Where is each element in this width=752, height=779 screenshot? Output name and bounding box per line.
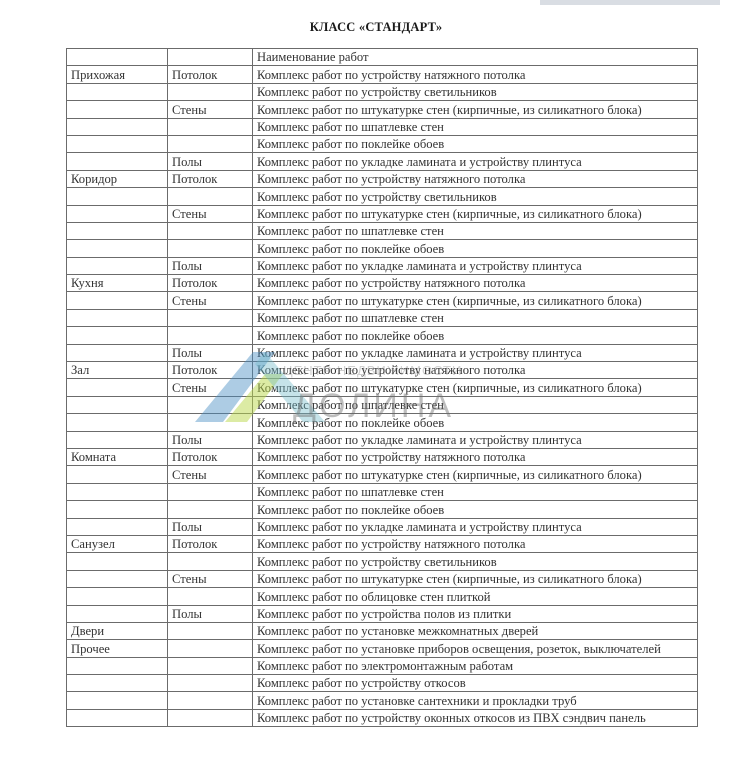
table-row: ПолыКомплекс работ по укладке ламината и… xyxy=(67,431,698,448)
header-room xyxy=(67,49,168,66)
cell-room xyxy=(67,118,168,135)
table-row: ДвериКомплекс работ по установке межкомн… xyxy=(67,622,698,639)
cell-part xyxy=(168,327,253,344)
table-row: Комплекс работ по устройству оконных отк… xyxy=(67,709,698,726)
table-row: Комплекс работ по шпатлевке стен xyxy=(67,309,698,326)
table-row: СтеныКомплекс работ по штукатурке стен (… xyxy=(67,466,698,483)
cell-work: Комплекс работ по установке межкомнатных… xyxy=(253,622,698,639)
table-row: СтеныКомплекс работ по штукатурке стен (… xyxy=(67,570,698,587)
cell-part xyxy=(168,222,253,239)
cell-room xyxy=(67,570,168,587)
cell-part: Потолок xyxy=(168,362,253,379)
cell-room xyxy=(67,692,168,709)
table-row: СтеныКомплекс работ по штукатурке стен (… xyxy=(67,379,698,396)
cell-room: Санузел xyxy=(67,535,168,552)
cell-work: Комплекс работ по штукатурке стен (кирпи… xyxy=(253,570,698,587)
cell-room xyxy=(67,309,168,326)
cell-work: Комплекс работ по устройству натяжного п… xyxy=(253,66,698,83)
cell-work: Комплекс работ по устройству оконных отк… xyxy=(253,709,698,726)
cell-part xyxy=(168,622,253,639)
cell-room xyxy=(67,292,168,309)
cell-room xyxy=(67,379,168,396)
table-row: ПолыКомплекс работ по укладке ламината и… xyxy=(67,153,698,170)
cell-room xyxy=(67,83,168,100)
cell-part: Полы xyxy=(168,518,253,535)
table-row: Комплекс работ по поклейке обоев xyxy=(67,240,698,257)
table-body: ПрихожаяПотолокКомплекс работ по устройс… xyxy=(67,66,698,727)
cell-room xyxy=(67,588,168,605)
cell-part: Потолок xyxy=(168,448,253,465)
table-row: Комплекс работ по поклейке обоев xyxy=(67,501,698,518)
table-row: Комплекс работ по устройству светильнико… xyxy=(67,83,698,100)
table-row: ПолыКомплекс работ по устройства полов и… xyxy=(67,605,698,622)
cell-part xyxy=(168,83,253,100)
table-row: ПолыКомплекс работ по укладке ламината и… xyxy=(67,518,698,535)
cell-room xyxy=(67,135,168,152)
cell-room xyxy=(67,327,168,344)
cell-room xyxy=(67,675,168,692)
header-part xyxy=(168,49,253,66)
cell-part: Потолок xyxy=(168,170,253,187)
cell-work: Комплекс работ по установке приборов осв… xyxy=(253,640,698,657)
cell-part xyxy=(168,588,253,605)
cell-part xyxy=(168,553,253,570)
cell-work: Комплекс работ по устройству натяжного п… xyxy=(253,535,698,552)
cell-work: Комплекс работ по устройству светильнико… xyxy=(253,553,698,570)
cell-part: Полы xyxy=(168,153,253,170)
cell-room xyxy=(67,466,168,483)
cell-work: Комплекс работ по штукатурке стен (кирпи… xyxy=(253,205,698,222)
cell-room xyxy=(67,501,168,518)
header-work-name: Наименование работ xyxy=(253,49,698,66)
cell-work: Комплекс работ по устройству светильнико… xyxy=(253,83,698,100)
cell-part xyxy=(168,240,253,257)
cell-room xyxy=(67,222,168,239)
cell-room xyxy=(67,240,168,257)
cell-part xyxy=(168,640,253,657)
cell-room xyxy=(67,396,168,413)
cell-part xyxy=(168,483,253,500)
cell-room xyxy=(67,153,168,170)
cell-part xyxy=(168,396,253,413)
cell-room: Комната xyxy=(67,448,168,465)
table-row: СанузелПотолокКомплекс работ по устройст… xyxy=(67,535,698,552)
cell-work: Комплекс работ по устройству натяжного п… xyxy=(253,275,698,292)
cell-room xyxy=(67,205,168,222)
cell-work: Комплекс работ по укладке ламината и уст… xyxy=(253,153,698,170)
cell-part: Потолок xyxy=(168,275,253,292)
cell-part xyxy=(168,657,253,674)
cell-room xyxy=(67,414,168,431)
cell-work: Комплекс работ по шпатлевке стен xyxy=(253,309,698,326)
cell-room: Коридор xyxy=(67,170,168,187)
table-row: ПрихожаяПотолокКомплекс работ по устройс… xyxy=(67,66,698,83)
table-row: ПрочееКомплекс работ по установке прибор… xyxy=(67,640,698,657)
table-row: Комплекс работ по шпатлевке стен xyxy=(67,222,698,239)
table-row: Комплекс работ по облицовке стен плиткой xyxy=(67,588,698,605)
cell-work: Комплекс работ по устройству натяжного п… xyxy=(253,362,698,379)
cell-room: Кухня xyxy=(67,275,168,292)
cell-work: Комплекс работ по поклейке обоев xyxy=(253,240,698,257)
cell-part: Полы xyxy=(168,344,253,361)
cell-room xyxy=(67,344,168,361)
cell-work: Комплекс работ по устройству светильнико… xyxy=(253,188,698,205)
cell-room: Прочее xyxy=(67,640,168,657)
cell-work: Комплекс работ по укладке ламината и уст… xyxy=(253,344,698,361)
table-row: СтеныКомплекс работ по штукатурке стен (… xyxy=(67,205,698,222)
cell-work: Комплекс работ по шпатлевке стен xyxy=(253,222,698,239)
table-row: Комплекс работ по поклейке обоев xyxy=(67,135,698,152)
cell-work: Комплекс работ по устройству откосов xyxy=(253,675,698,692)
cell-part xyxy=(168,501,253,518)
cell-part xyxy=(168,709,253,726)
cell-part xyxy=(168,692,253,709)
table-row: ПолыКомплекс работ по укладке ламината и… xyxy=(67,344,698,361)
cell-work: Комплекс работ по укладке ламината и уст… xyxy=(253,431,698,448)
cell-room xyxy=(67,657,168,674)
cell-part: Потолок xyxy=(168,535,253,552)
cell-work: Комплекс работ по устройству натяжного п… xyxy=(253,448,698,465)
cell-room xyxy=(67,553,168,570)
cell-part xyxy=(168,118,253,135)
cell-work: Комплекс работ по штукатурке стен (кирпи… xyxy=(253,101,698,118)
cell-work: Комплекс работ по поклейке обоев xyxy=(253,501,698,518)
table-header-row: Наименование работ xyxy=(67,49,698,66)
scan-edge-artifact xyxy=(540,0,720,5)
cell-work: Комплекс работ по электромонтажным работ… xyxy=(253,657,698,674)
cell-room xyxy=(67,431,168,448)
cell-part xyxy=(168,188,253,205)
table-row: Комплекс работ по электромонтажным работ… xyxy=(67,657,698,674)
cell-work: Комплекс работ по облицовке стен плиткой xyxy=(253,588,698,605)
cell-part xyxy=(168,675,253,692)
table-row: ПолыКомплекс работ по укладке ламината и… xyxy=(67,257,698,274)
cell-part: Полы xyxy=(168,431,253,448)
cell-room xyxy=(67,188,168,205)
table-row: СтеныКомплекс работ по штукатурке стен (… xyxy=(67,101,698,118)
cell-room: Прихожая xyxy=(67,66,168,83)
cell-part xyxy=(168,309,253,326)
table-row: Комплекс работ по установке сантехники и… xyxy=(67,692,698,709)
table-row: КухняПотолокКомплекс работ по устройству… xyxy=(67,275,698,292)
cell-work: Комплекс работ по поклейке обоев xyxy=(253,327,698,344)
table-row: Комплекс работ по устройству откосов xyxy=(67,675,698,692)
cell-work: Комплекс работ по штукатурке стен (кирпи… xyxy=(253,292,698,309)
cell-work: Комплекс работ по устройства полов из пл… xyxy=(253,605,698,622)
cell-room xyxy=(67,518,168,535)
cell-part: Полы xyxy=(168,605,253,622)
cell-part: Стены xyxy=(168,466,253,483)
table-row: ЗалПотолокКомплекс работ по устройству н… xyxy=(67,362,698,379)
cell-work: Комплекс работ по укладке ламината и уст… xyxy=(253,257,698,274)
table-row: Комплекс работ по шпатлевке стен xyxy=(67,483,698,500)
cell-work: Комплекс работ по укладке ламината и уст… xyxy=(253,518,698,535)
cell-work: Комплекс работ по поклейке обоев xyxy=(253,135,698,152)
cell-room xyxy=(67,483,168,500)
cell-part: Стены xyxy=(168,101,253,118)
table-row: Комплекс работ по шпатлевке стен xyxy=(67,118,698,135)
cell-work: Комплекс работ по шпатлевке стен xyxy=(253,396,698,413)
works-table: Наименование работ ПрихожаяПотолокКомпле… xyxy=(66,48,698,727)
table-row: Комплекс работ по шпатлевке стен xyxy=(67,396,698,413)
cell-part: Стены xyxy=(168,379,253,396)
page-title: КЛАСС «СТАНДАРТ» xyxy=(0,20,752,35)
cell-work: Комплекс работ по шпатлевке стен xyxy=(253,118,698,135)
cell-work: Комплекс работ по шпатлевке стен xyxy=(253,483,698,500)
cell-room: Двери xyxy=(67,622,168,639)
table-row: КоридорПотолокКомплекс работ по устройст… xyxy=(67,170,698,187)
cell-part: Полы xyxy=(168,257,253,274)
cell-part: Потолок xyxy=(168,66,253,83)
cell-part xyxy=(168,135,253,152)
cell-work: Комплекс работ по устройству натяжного п… xyxy=(253,170,698,187)
cell-part: Стены xyxy=(168,292,253,309)
cell-room xyxy=(67,257,168,274)
cell-room: Зал xyxy=(67,362,168,379)
cell-part xyxy=(168,414,253,431)
table-row: Комплекс работ по поклейке обоев xyxy=(67,327,698,344)
cell-part: Стены xyxy=(168,205,253,222)
table-row: Комплекс работ по устройству светильнико… xyxy=(67,553,698,570)
table-row: КомнатаПотолокКомплекс работ по устройст… xyxy=(67,448,698,465)
cell-work: Комплекс работ по штукатурке стен (кирпи… xyxy=(253,466,698,483)
table-row: Комплекс работ по устройству светильнико… xyxy=(67,188,698,205)
cell-work: Комплекс работ по установке сантехники и… xyxy=(253,692,698,709)
cell-part: Стены xyxy=(168,570,253,587)
table-row: Комплекс работ по поклейке обоев xyxy=(67,414,698,431)
cell-work: Комплекс работ по поклейке обоев xyxy=(253,414,698,431)
cell-room xyxy=(67,101,168,118)
table-row: СтеныКомплекс работ по штукатурке стен (… xyxy=(67,292,698,309)
cell-room xyxy=(67,709,168,726)
cell-room xyxy=(67,605,168,622)
cell-work: Комплекс работ по штукатурке стен (кирпи… xyxy=(253,379,698,396)
